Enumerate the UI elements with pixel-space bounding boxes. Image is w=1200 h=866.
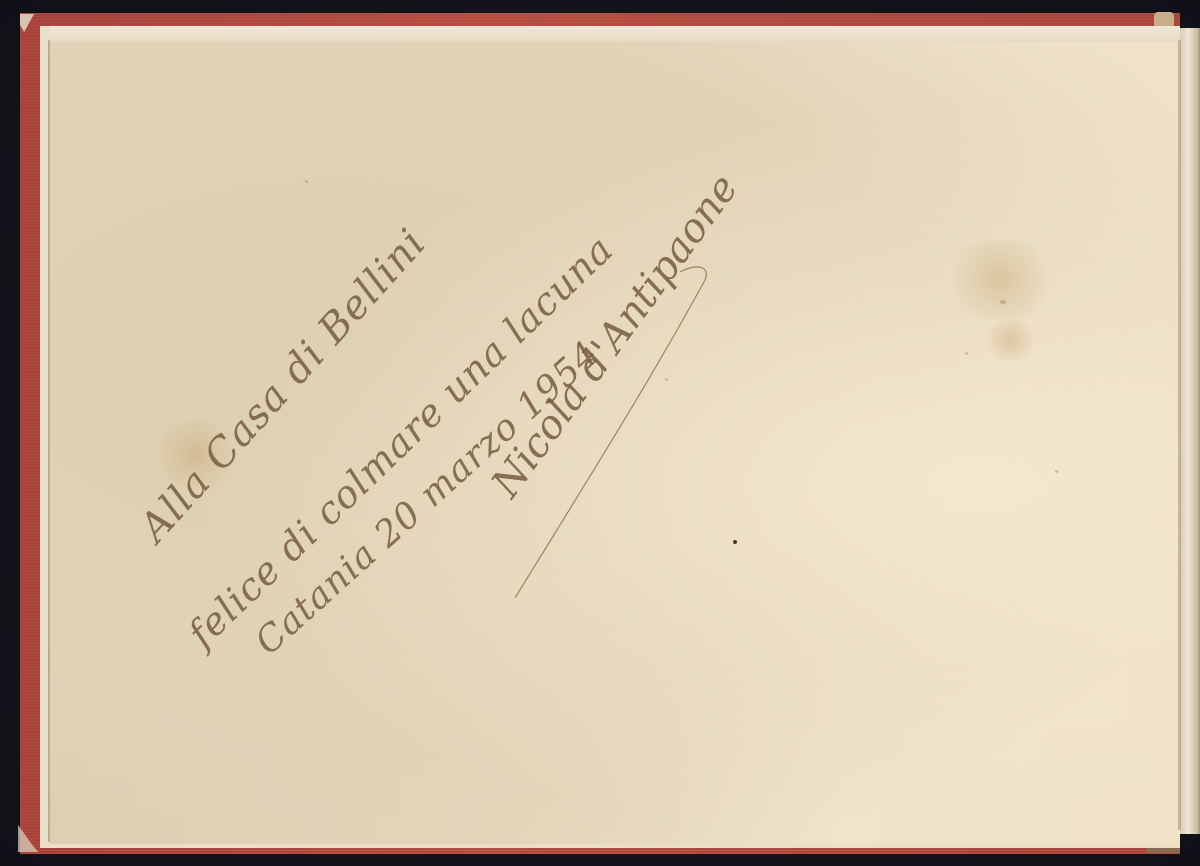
paper-speck xyxy=(1055,470,1058,473)
paper-speck xyxy=(305,180,308,183)
paper-speck xyxy=(733,540,737,544)
paper-speck xyxy=(1000,300,1006,304)
paper-stain xyxy=(940,240,1060,320)
paper-speck xyxy=(965,352,968,355)
page-stack-edge xyxy=(1180,28,1200,834)
paper-stain xyxy=(980,320,1040,360)
page-top-margin xyxy=(40,26,1180,42)
signature-flourish xyxy=(515,250,715,610)
page-inner-rule xyxy=(48,40,50,842)
page-fold-line xyxy=(1178,40,1181,830)
